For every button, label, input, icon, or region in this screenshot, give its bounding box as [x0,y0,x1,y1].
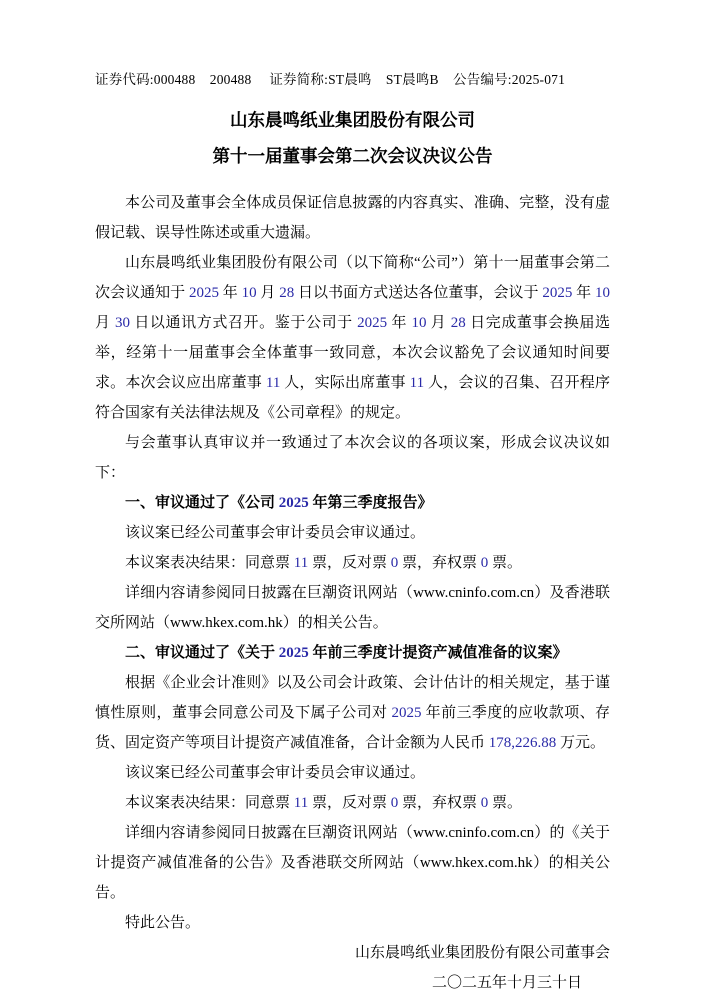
text-run: 票，弃权票 [398,555,481,571]
text-run: 年 [219,285,242,301]
number-highlight: 10 [595,285,610,301]
securities-header-line: 证券代码:000488 200488 证券简称:ST晨鸣 ST晨鸣B 公告编号:… [95,70,610,90]
text-run: 与会董事认真审议并一致通过了本次会议的各项议案，形成会议决议如下： [95,435,610,481]
text-run: 本议案表决结果：同意票 [125,555,294,571]
signature-block: 山东晨鸣纸业集团股份有限公司董事会 二〇二五年十月三十日 [95,938,610,998]
paragraph: 本公司及董事会全体成员保证信息披露的内容真实、准确、完整，没有虚假记载、误导性陈… [95,188,610,248]
text-run: 二、审议通过了《关于 [125,645,279,661]
number-highlight: 2025 [357,315,387,331]
paragraph: 本议案表决结果：同意票 11 票，反对票 0 票，弃权票 0 票。 [95,788,610,818]
paragraph: 该议案已经公司董事会审计委员会审议通过。 [95,758,610,788]
paragraph: 本议案表决结果：同意票 11 票，反对票 0 票，弃权票 0 票。 [95,548,610,578]
text-run: 月 [95,315,115,331]
signature-company: 山东晨鸣纸业集团股份有限公司董事会 [95,938,610,968]
text-run: 月 [257,285,280,301]
text-run: 特此公告。 [125,915,200,931]
number-highlight: 28 [279,285,294,301]
number-highlight: 11 [294,795,308,811]
text-run: 详细内容请参阅同日披露在巨潮资讯网站（www.cninfo.com.cn）及香港… [95,585,610,631]
section-heading: 一、审议通过了《公司 2025 年第三季度报告》 [95,488,610,518]
text-run: 本议案表决结果：同意票 [125,795,294,811]
text-run: 年 [387,315,411,331]
number-highlight: 2025 [392,705,422,721]
number-highlight: 10 [411,315,426,331]
paragraph: 与会董事认真审议并一致通过了本次会议的各项议案，形成会议决议如下： [95,428,610,488]
number-highlight: 178,226.88 [489,735,557,751]
paragraph: 山东晨鸣纸业集团股份有限公司（以下简称“公司”）第十一届董事会第二次会议通知于 … [95,248,610,428]
number-highlight: 2025 [189,285,219,301]
text-run: 日以通讯方式召开。鉴于公司于 [130,315,357,331]
document-title: 山东晨鸣纸业集团股份有限公司 [95,107,610,133]
document-subtitle: 第十一届董事会第二次会议决议公告 [95,143,610,169]
document-page: 证券代码:000488 200488 证券简称:ST晨鸣 ST晨鸣B 公告编号:… [0,0,704,1002]
text-run: 年前三季度计提资产减值准备的议案》 [309,645,568,661]
paragraph: 详细内容请参阅同日披露在巨潮资讯网站（www.cninfo.com.cn）的《关… [95,818,610,908]
number-highlight: 11 [266,375,280,391]
text-run: 票，反对票 [308,795,391,811]
number-highlight: 11 [294,555,308,571]
text-run: 日以书面方式送达各位董事，会议于 [294,285,542,301]
number-highlight: 2025 [279,495,309,511]
signature-date: 二〇二五年十月三十日 [95,968,610,998]
text-run: 票，反对票 [308,555,391,571]
number-highlight: 30 [115,315,130,331]
paragraph: 详细内容请参阅同日披露在巨潮资讯网站（www.cninfo.com.cn）及香港… [95,578,610,638]
number-highlight: 2025 [279,645,309,661]
text-run: 该议案已经公司董事会审计委员会审议通过。 [125,765,425,781]
text-run: 票，弃权票 [398,795,481,811]
text-run: 票。 [488,555,522,571]
number-highlight: 2025 [542,285,572,301]
number-highlight: 11 [410,375,424,391]
document-body: 本公司及董事会全体成员保证信息披露的内容真实、准确、完整，没有虚假记载、误导性陈… [95,188,610,938]
text-run: 年第三季度报告》 [309,495,433,511]
text-run: 详细内容请参阅同日披露在巨潮资讯网站（www.cninfo.com.cn）的《关… [95,825,610,901]
text-run: 该议案已经公司董事会审计委员会审议通过。 [125,525,425,541]
text-run: 一、审议通过了《公司 [125,495,279,511]
paragraph: 该议案已经公司董事会审计委员会审议通过。 [95,518,610,548]
paragraph: 根据《企业会计准则》以及公司会计政策、会计估计的相关规定，基于谨慎性原则，董事会… [95,668,610,758]
text-run: 本公司及董事会全体成员保证信息披露的内容真实、准确、完整，没有虚假记载、误导性陈… [95,195,610,241]
text-run: 年 [572,285,595,301]
text-run: 票。 [488,795,522,811]
text-run: 人，实际出席董事 [280,375,409,391]
number-highlight: 28 [451,315,466,331]
number-highlight: 10 [242,285,257,301]
text-run: 月 [426,315,450,331]
text-run: 万元。 [556,735,605,751]
paragraph: 特此公告。 [95,908,610,938]
section-heading: 二、审议通过了《关于 2025 年前三季度计提资产减值准备的议案》 [95,638,610,668]
